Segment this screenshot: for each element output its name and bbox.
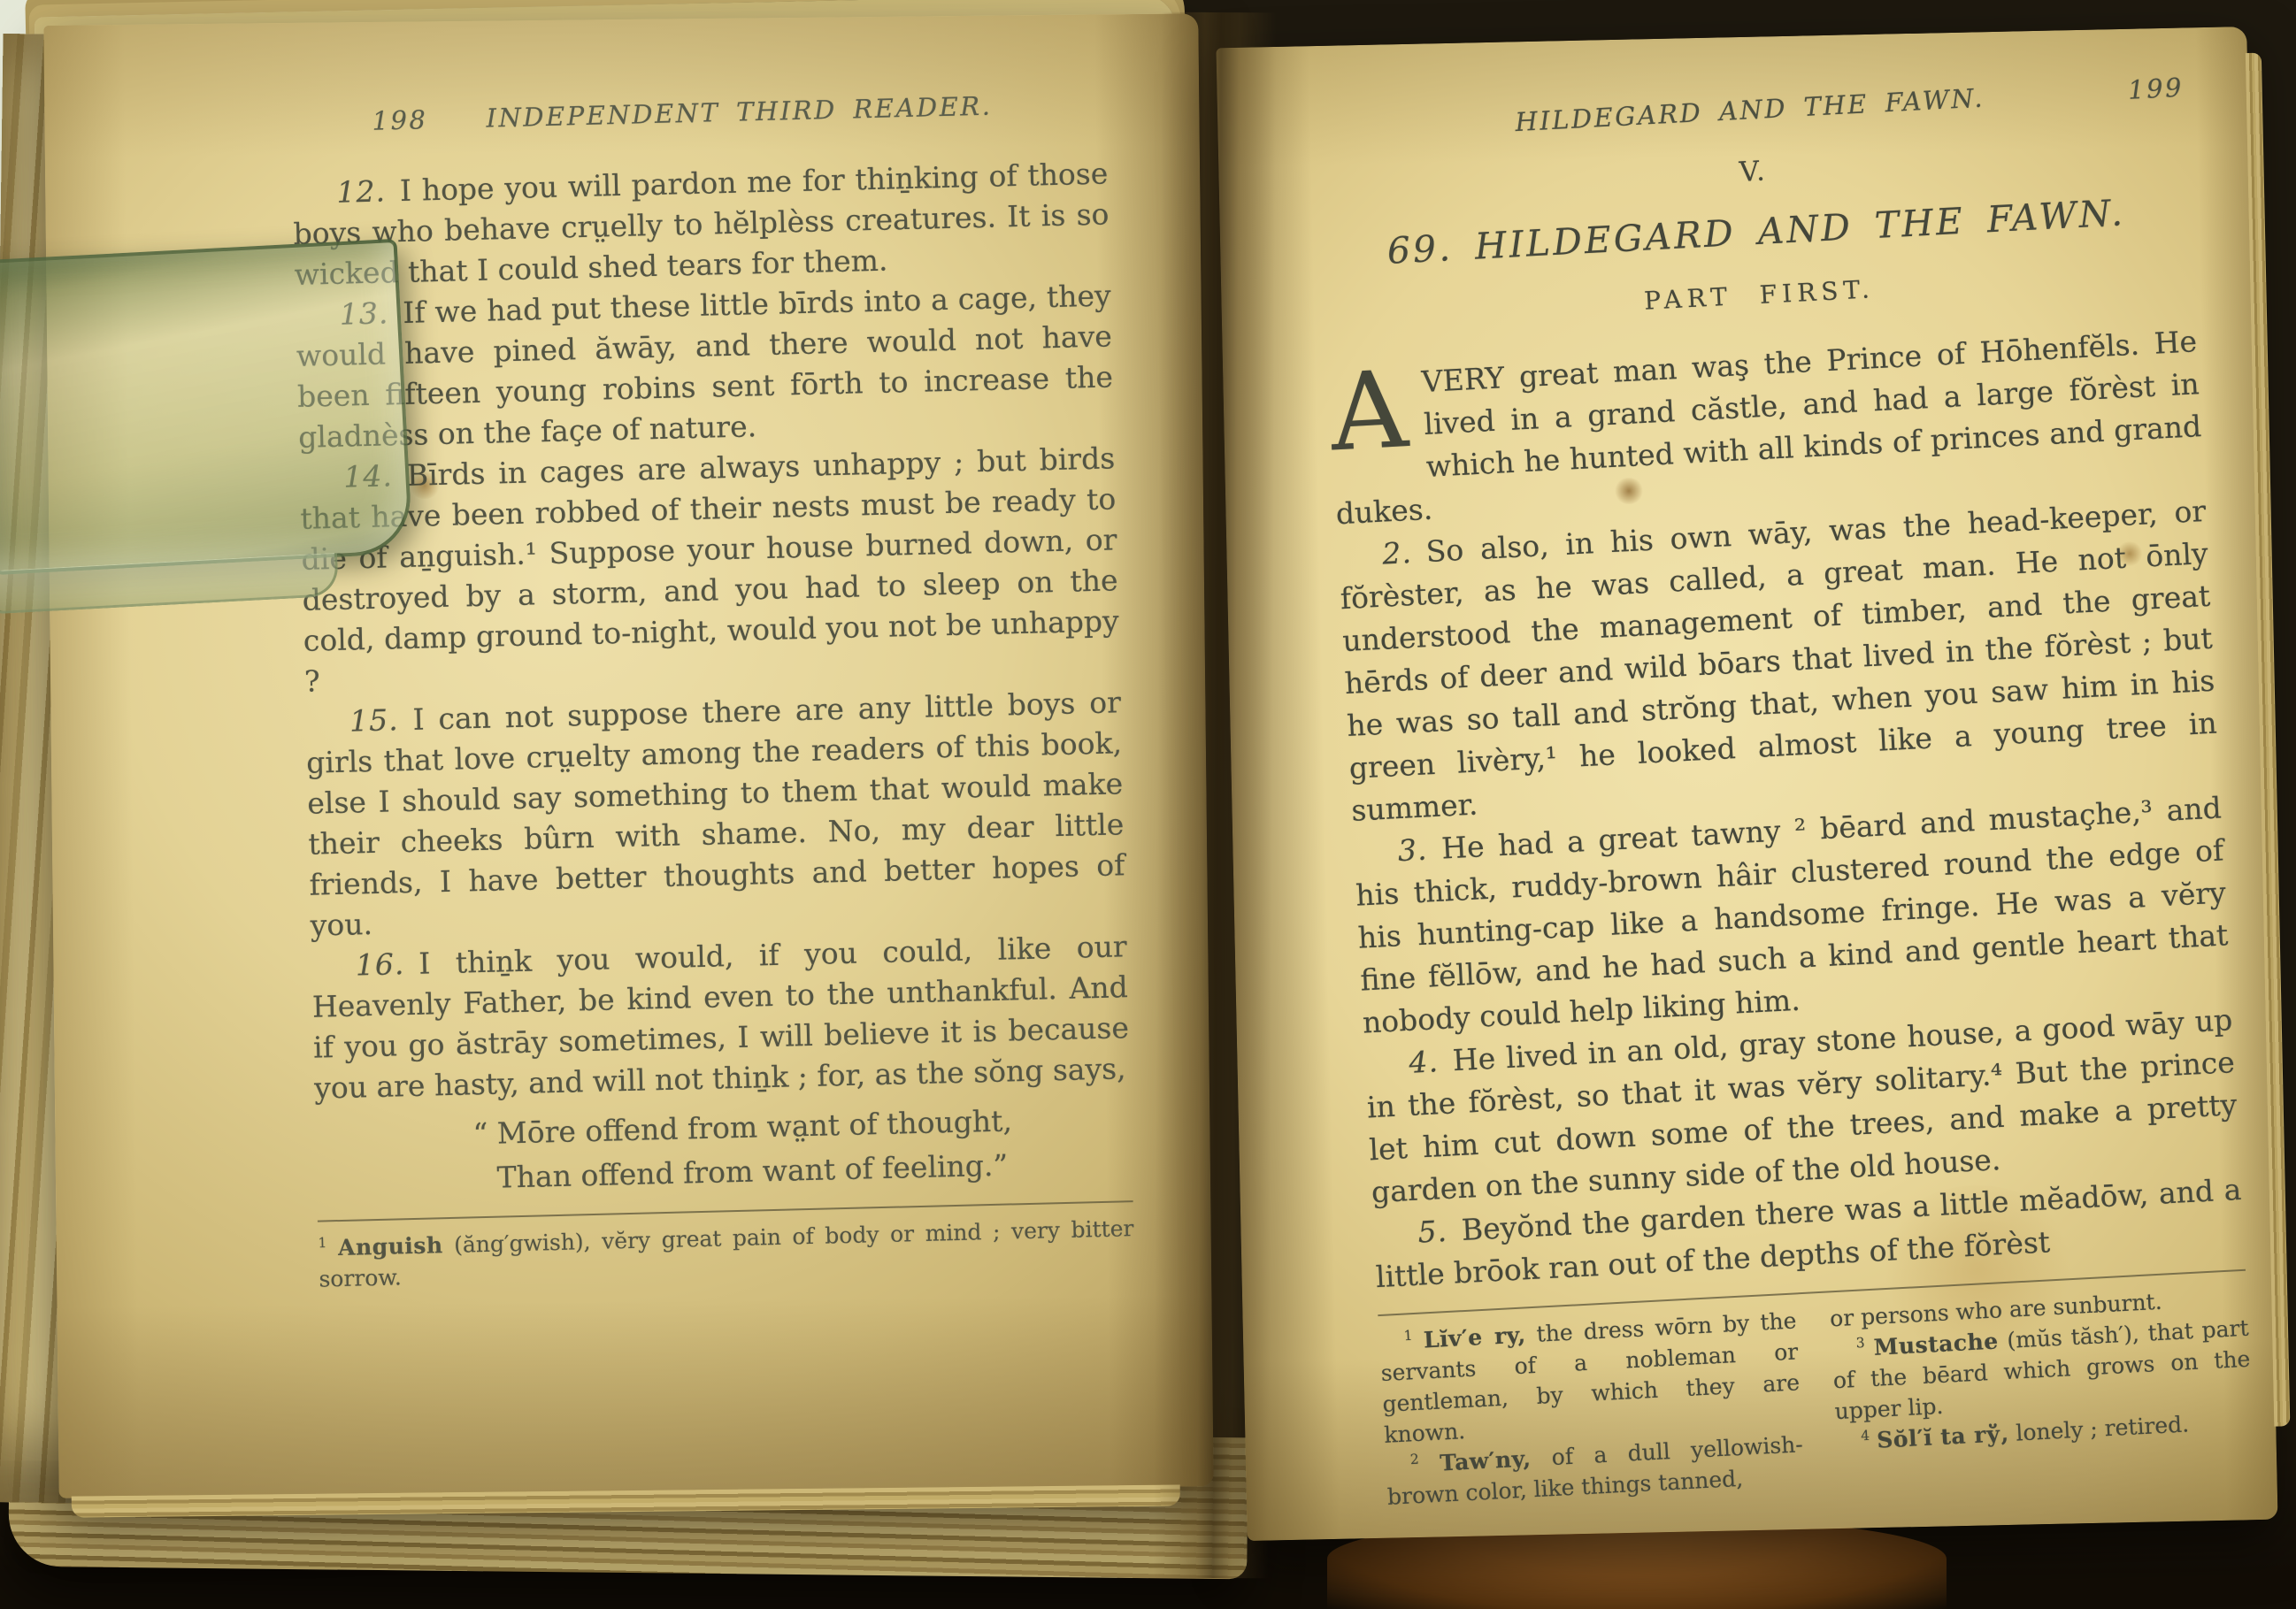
paragraph-14: 14.Bīrds in cages are always unhappy ; b… <box>299 438 1120 701</box>
paragraph-number: 12. <box>336 173 386 209</box>
paragraph-number: 2. <box>1381 535 1412 571</box>
paragraph-text: Bīrds in cages are always unhappy ; but … <box>300 441 1119 698</box>
paragraph-15: 15.I can not suppose there are any littl… <box>305 682 1126 946</box>
footnote-marker: 2 <box>1409 1452 1419 1467</box>
open-book-photo: 198 INDEPENDENT THIRD READER. 12.I hope … <box>0 0 2296 1609</box>
footnote-term: Mustache <box>1873 1328 1999 1360</box>
paragraph-number: 15. <box>349 702 399 738</box>
glass-paperweight <box>0 239 413 575</box>
paragraph-number: 4. <box>1408 1044 1439 1080</box>
paragraph-13: 13.If we had put these little bīrds into… <box>295 275 1114 457</box>
footnote-term: Lĭv′e ry, <box>1423 1322 1526 1352</box>
runhead-spacer <box>1010 111 1107 114</box>
footnote-column-right: or persons who are sunburnt. 3 Mustache … <box>1829 1282 2255 1489</box>
footnote-term: Taw′ny, <box>1440 1445 1532 1475</box>
footnote-term: Anguish <box>338 1232 443 1260</box>
paragraph-number: 3. <box>1397 832 1428 869</box>
paragraph-number: 5. <box>1417 1214 1447 1250</box>
runhead-spacer <box>1317 136 1414 142</box>
left-page-number: 198 <box>372 98 470 142</box>
paragraph-text: I hope you will pardon me for thiṉking … <box>293 156 1110 291</box>
paragraph-number: 16. <box>355 946 404 982</box>
book-gutter <box>1153 12 1276 1579</box>
left-page-text: 198 INDEPENDENT THIRD READER. 12.I hope … <box>290 82 1135 1294</box>
footnote-marker: 3 <box>1855 1335 1865 1351</box>
footnote-marker: 1 <box>318 1235 326 1251</box>
paragraph-text: I can not suppose there are any little b… <box>306 685 1125 942</box>
footnote-marker: 1 <box>1403 1328 1413 1344</box>
verse-quote: “ Mōre offend from wa̤nt of thought, Tha… <box>315 1096 1133 1204</box>
footnote-livery: 1 Lĭv′e ry, the dress wōrn by the servan… <box>1378 1305 1802 1451</box>
footnote-text: lonely ; retired. <box>2008 1411 2190 1446</box>
paragraph-2: 2.So also, in his own wāy, was the head-… <box>1337 490 2220 832</box>
paragraph-text: If we had put these little bīrds into a … <box>296 278 1114 454</box>
paragraph-text: I thiṉk you would, if you could, like o… <box>312 929 1130 1105</box>
paragraph-12: 12.I hope you will pardon me for thiṉki… <box>292 153 1110 295</box>
footnote-marker: 4 <box>1861 1428 1870 1444</box>
right-page-number: 199 <box>2085 66 2185 114</box>
footnote-term: Sŏl′ĭ ta rў, <box>1877 1421 2010 1453</box>
drop-cap: A <box>1328 361 1425 456</box>
paragraph-text: So also, in his own wāy, was the head-ke… <box>1340 494 2218 828</box>
paragraph-16: 16.I thiṉk you would, if you could, lik… <box>311 926 1130 1108</box>
footnote-column-left: 1 Lĭv′e ry, the dress wōrn by the servan… <box>1378 1305 1805 1512</box>
right-page-text: HILDEGARD AND THE FAWN. 199 V. 69. HILDE… <box>1315 66 2256 1513</box>
paragraph-text: He had a great tawny ² bēard and mustaçh… <box>1355 790 2229 1039</box>
